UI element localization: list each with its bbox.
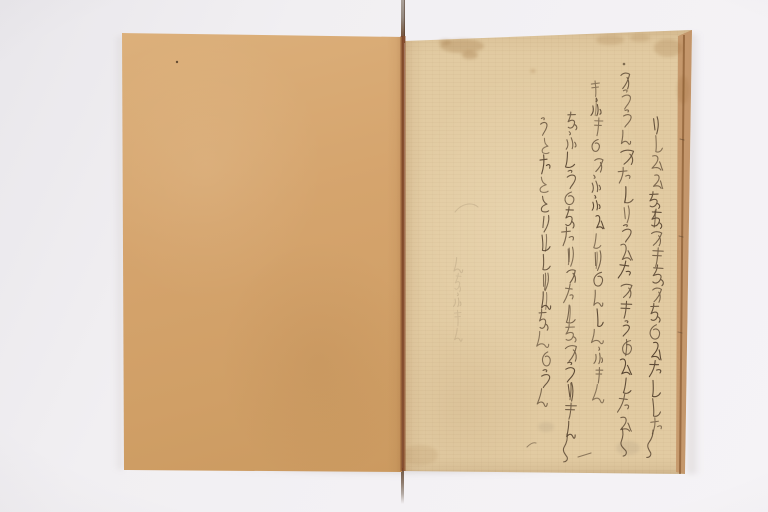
binding-stick-bottom — [401, 468, 404, 504]
left-edge-shadow — [110, 36, 123, 470]
photo-of-open-japanese-book — [0, 0, 768, 512]
fore-edge-fold — [404, 29, 694, 475]
fore-edge-crease-line — [404, 29, 694, 475]
left-page-blank — [121, 33, 403, 472]
centre-gutter — [400, 36, 406, 471]
right-page-manuscript — [404, 29, 694, 475]
